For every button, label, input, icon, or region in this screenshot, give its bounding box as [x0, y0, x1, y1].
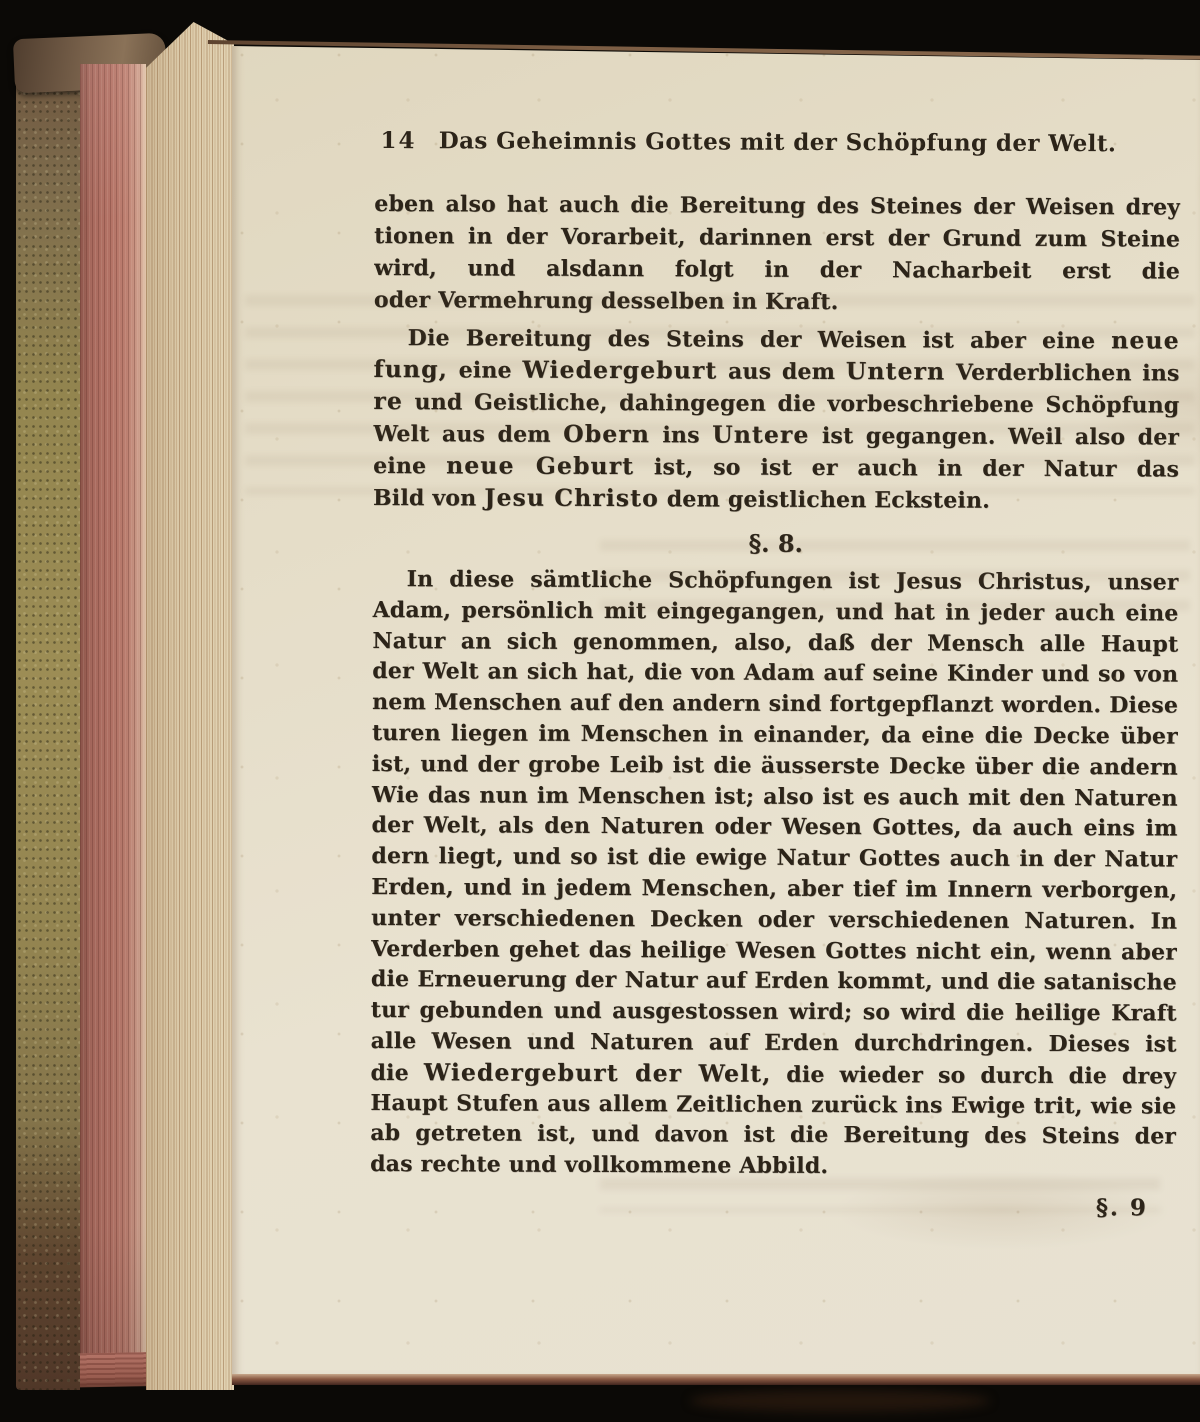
text-segment: tur gebunden und ausgestossen wird; so w…: [371, 997, 1177, 1029]
text-line: eine neue Geburt ist, so ist er auch in …: [373, 449, 1179, 485]
text-segment: eine: [373, 453, 446, 479]
emphasized-text: Untere: [712, 420, 809, 448]
text-line: re und Geistliche, dahingegen die vorbes…: [373, 385, 1179, 421]
emphasized-text: Jesu Christo: [484, 483, 659, 512]
text-segment: Wie das nun im Menschen ist; also ist es…: [372, 782, 1178, 814]
text-line: wird, und alsdann folgt in der Nacharbei…: [374, 252, 1180, 288]
text-line: tionen in der Vorarbeit, darinnen erst d…: [374, 220, 1180, 256]
text-segment: oder Vermehrung desselben in Kraft.: [374, 287, 839, 315]
text-segment: aus dem: [717, 358, 846, 385]
text-segment: Welt aus dem: [373, 421, 563, 448]
page-header: 14 Das Geheimnis Gottes mit der Schöpfun…: [374, 124, 1180, 162]
text-line: alle Wesen und Naturen auf Erden durchdr…: [371, 1026, 1177, 1060]
text-line: ist, und der grobe Leib ist die äusserst…: [372, 749, 1178, 783]
text-segment: ab getreten ist, und davon ist die Berei…: [370, 1120, 1176, 1152]
text-segment: ist, und der grobe Leib ist die äusserst…: [372, 751, 1178, 783]
text-segment: wird, und alsdann folgt in der Nacharbei…: [374, 255, 1180, 288]
text-line: oder Vermehrung desselben in Kraft.: [374, 284, 1180, 320]
text-segment: Natur an sich genommen, also, daß der Me…: [372, 628, 1178, 660]
text-line: Erden, und in jedem Menschen, aber tief …: [371, 872, 1177, 906]
text-segment: Bild von: [373, 485, 484, 511]
text-line: die Erneuerung der Natur auf Erden kommt…: [371, 964, 1177, 998]
text-segment: Erden, und in jedem Menschen, aber tief …: [371, 874, 1177, 906]
paragraph: Die Bereitung des Steins der Weisen ist …: [373, 321, 1180, 517]
text-line: das rechte und vollkommene Abbild.: [370, 1149, 1176, 1183]
text-line: dern liegt, und so ist die ewige Natur G…: [371, 841, 1177, 875]
text-segment: der Welt, als den Naturen oder Wesen Got…: [372, 812, 1178, 844]
text-segment: die: [370, 1060, 423, 1086]
text-segment: und Geistliche, dahingegen die vorbeschr…: [373, 389, 1179, 420]
text-line: Verderben gehet das heilige Wesen Gottes…: [371, 934, 1177, 968]
text-segment: das rechte und vollkommene Abbild.: [370, 1151, 828, 1179]
text-segment: eine: [448, 357, 523, 383]
text-segment: eben also hat auch die Bereitung des Ste…: [374, 191, 1180, 224]
text-segment: dem geistlichen Eckstein.: [659, 486, 990, 513]
text-segment: turen liegen im Menschen in einander, da…: [372, 720, 1178, 752]
text-line: die Wiedergeburt der Welt, die wieder so…: [370, 1057, 1176, 1091]
emphasized-text: neue Geburt: [446, 451, 634, 480]
text-line: Bild von Jesu Christo dem geistlichen Ec…: [373, 481, 1179, 517]
text-segment: nem Menschen auf den andern sind fortgep…: [372, 689, 1178, 721]
running-title: Das Geheimnis Gottes mit der Schöpfung d…: [374, 124, 1180, 162]
text-line: Die Bereitung des Steins der Weisen ist …: [374, 321, 1180, 357]
red-fore-edge: [80, 64, 146, 1384]
emphasized-text: fung,: [374, 355, 449, 383]
section-heading: §. 8.: [373, 526, 1179, 562]
text-segment: unter verschiedenen Decken oder verschie…: [371, 905, 1177, 937]
page-number: 14: [380, 124, 416, 158]
catchword: §. 9: [1096, 1193, 1148, 1223]
text-segment: dern liegt, und so ist die ewige Natur G…: [371, 843, 1177, 875]
text-segment: alle Wesen und Naturen auf Erden durchdr…: [371, 1028, 1177, 1060]
book-page: 14 Das Geheimnis Gottes mit der Schöpfun…: [232, 40, 1200, 1380]
text-segment: Verderblichen ins: [945, 359, 1179, 386]
shadow: [690, 1390, 990, 1412]
text-line: Adam, persönlich mit eingegangen, und ha…: [372, 595, 1178, 629]
text-segment: Adam, persönlich mit eingegangen, und ha…: [372, 597, 1178, 629]
text-segment: die Erneuerung der Natur auf Erden kommt…: [371, 966, 1177, 998]
text-segment: Verderben gehet das heilige Wesen Gottes…: [371, 936, 1177, 968]
text-line: Natur an sich genommen, also, daß der Me…: [372, 626, 1178, 660]
text-line: Haupt Stufen aus allem Zeitlichen zurück…: [370, 1088, 1176, 1122]
paragraph: In diese sämtliche Schöpfungen ist Jesus…: [370, 564, 1179, 1183]
text-segment: Haupt Stufen aus allem Zeitlichen zurück…: [370, 1090, 1176, 1122]
text-line: der Welt, als den Naturen oder Wesen Got…: [372, 810, 1178, 844]
text-line: der Welt an sich hat, die von Adam auf s…: [372, 656, 1178, 690]
paper-stain: [1192, 144, 1200, 234]
text-line: ab getreten ist, und davon ist die Berei…: [370, 1118, 1176, 1152]
printed-text-block: 14 Das Geheimnis Gottes mit der Schöpfun…: [369, 40, 1181, 1384]
text-segment: Die Bereitung des Steins der Weisen ist …: [408, 325, 1112, 354]
emphasized-text: Wiedergeburt: [522, 356, 717, 385]
emphasized-text: re: [373, 387, 403, 415]
text-line: Welt aus dem Obern ins Untere ist gegang…: [373, 417, 1179, 453]
photo-background: 14 Das Geheimnis Gottes mit der Schöpfun…: [0, 0, 1200, 1422]
emphasized-text: Obern: [563, 420, 650, 448]
text-segment: ins: [650, 422, 712, 448]
paragraph: eben also hat auch die Bereitung des Ste…: [374, 188, 1181, 320]
book-spine-leather: [16, 44, 80, 1390]
text-line: unter verschiedenen Decken oder verschie…: [371, 903, 1177, 937]
page-edge-stack: [146, 22, 234, 1390]
text-line: nem Menschen auf den andern sind fortgep…: [372, 687, 1178, 721]
emphasized-text: Untern: [846, 357, 946, 385]
text-line: In diese sämtliche Schöpfungen ist Jesus…: [373, 564, 1179, 598]
text-segment: In diese sämtliche Schöpfungen ist Jesus…: [406, 566, 1178, 598]
text-line: eben also hat auch die Bereitung des Ste…: [374, 188, 1180, 224]
page-bottom-edge: [232, 1374, 1200, 1385]
text-line: fung, eine Wiedergeburt aus dem Untern V…: [373, 353, 1179, 389]
text-segment: der Welt an sich hat, die von Adam auf s…: [372, 658, 1178, 690]
text-line: tur gebunden und ausgestossen wird; so w…: [371, 995, 1177, 1029]
text-segment: tionen in der Vorarbeit, darinnen erst d…: [374, 223, 1180, 256]
emphasized-text: Wiedergeburt der Welt,: [424, 1058, 772, 1088]
text-line: Wie das nun im Menschen ist; also ist es…: [372, 780, 1178, 814]
text-line: turen liegen im Menschen in einander, da…: [372, 718, 1178, 752]
